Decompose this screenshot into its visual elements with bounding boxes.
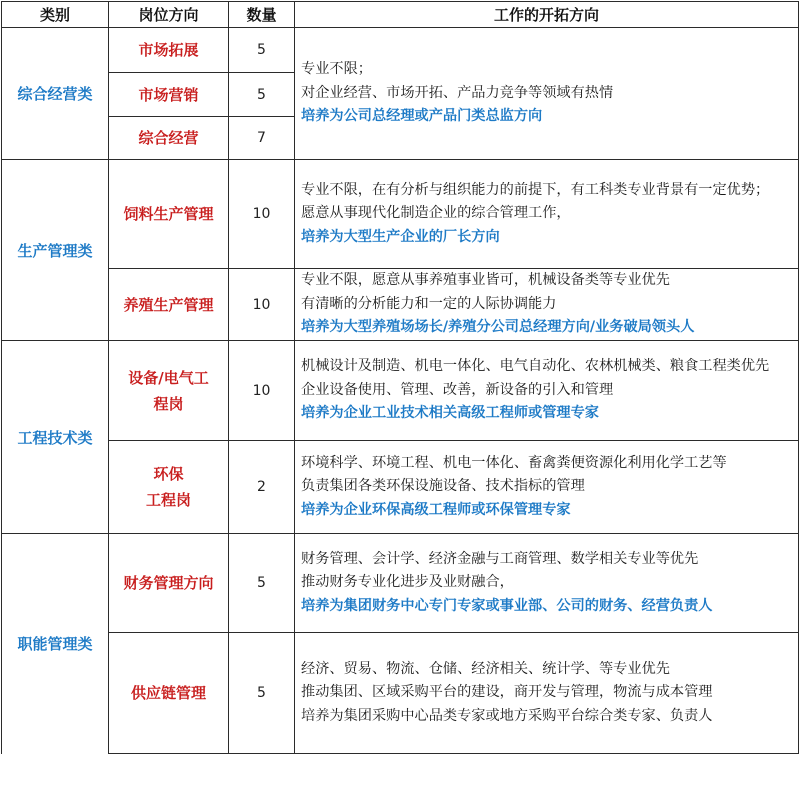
direction-line: 企业设备使用、管理、改善，新设备的引入和管理: [301, 379, 792, 403]
direction-line: 机械设计及制造、机电一体化、电气自动化、农林机械类、粮食工程类优先: [301, 355, 792, 379]
category-cell: 职能管理类: [2, 534, 109, 754]
position-cell: 供应链管理: [109, 633, 229, 754]
header-row: 类别 岗位方向 数量 工作的开拓方向: [2, 2, 799, 28]
header-quantity: 数量: [229, 2, 295, 28]
direction-highlight: 培养为集团财务中心专门专家或事业部、公司的财务、经营负责人: [301, 595, 792, 619]
direction-line: 推动集团、区域采购平台的建设，商开发与管理，物流与成本管理: [301, 681, 792, 705]
quantity-cell: 5: [229, 534, 295, 633]
position-cell: 综合经营: [109, 117, 229, 160]
table-row: 养殖生产管理 10 专业不限，愿意从事养殖事业皆可，机械设备类等专业优先 有清晰…: [2, 269, 799, 341]
table-row: 环保 工程岗 2 环境科学、环境工程、机电一体化、畜禽粪便资源化利用化学工艺等 …: [2, 441, 799, 534]
position-cell: 市场营销: [109, 73, 229, 117]
direction-cell: 机械设计及制造、机电一体化、电气自动化、农林机械类、粮食工程类优先 企业设备使用…: [295, 341, 799, 441]
direction-cell: 专业不限，在有分析与组织能力的前提下，有工科类专业背景有一定优势； 愿意从事现代…: [295, 160, 799, 269]
quantity-cell: 5: [229, 28, 295, 73]
direction-highlight: 培养为大型养殖场场长/养殖分公司总经理方向/业务破局领头人: [301, 316, 792, 340]
quantity-cell: 5: [229, 633, 295, 754]
category-cell: 工程技术类: [2, 341, 109, 534]
direction-highlight: 培养为大型生产企业的厂长方向: [301, 226, 792, 250]
recruitment-table: 类别 岗位方向 数量 工作的开拓方向 综合经营类 市场拓展 5 专业不限； 对企…: [1, 1, 799, 754]
table-row: 生产管理类 饲料生产管理 10 专业不限，在有分析与组织能力的前提下，有工科类专…: [2, 160, 799, 269]
table-row: 综合经营类 市场拓展 5 专业不限； 对企业经营、市场开拓、产品力竞争等领域有热…: [2, 28, 799, 73]
position-cell: 环保 工程岗: [109, 441, 229, 534]
table-row: 职能管理类 财务管理方向 5 财务管理、会计学、经济金融与工商管理、数学相关专业…: [2, 534, 799, 633]
quantity-cell: 5: [229, 73, 295, 117]
direction-line: 对企业经营、市场开拓、产品力竞争等领域有热情: [301, 82, 792, 106]
header-category: 类别: [2, 2, 109, 28]
table-row: 供应链管理 5 经济、贸易、物流、仓储、经济相关、统计学、等专业优先 推动集团、…: [2, 633, 799, 754]
direction-line: 培养为集团采购中心品类专家或地方采购平台综合类专家、负责人: [301, 705, 792, 729]
quantity-cell: 7: [229, 117, 295, 160]
position-cell: 财务管理方向: [109, 534, 229, 633]
quantity-cell: 10: [229, 341, 295, 441]
direction-cell: 专业不限； 对企业经营、市场开拓、产品力竞争等领域有热情 培养为公司总经理或产品…: [295, 28, 799, 160]
table-row: 工程技术类 设备/电气工 程岗 10 机械设计及制造、机电一体化、电气自动化、农…: [2, 341, 799, 441]
direction-line: 有清晰的分析能力和一定的人际协调能力: [301, 293, 792, 317]
quantity-cell: 10: [229, 160, 295, 269]
direction-line: 专业不限，愿意从事养殖事业皆可，机械设备类等专业优先: [301, 269, 792, 293]
direction-cell: 财务管理、会计学、经济金融与工商管理、数学相关专业等优先 推动财务专业化进步及业…: [295, 534, 799, 633]
position-line: 程岗: [109, 391, 228, 417]
category-cell: 生产管理类: [2, 160, 109, 341]
header-position: 岗位方向: [109, 2, 229, 28]
category-cell: 综合经营类: [2, 28, 109, 160]
position-cell: 设备/电气工 程岗: [109, 341, 229, 441]
direction-cell: 专业不限，愿意从事养殖事业皆可，机械设备类等专业优先 有清晰的分析能力和一定的人…: [295, 269, 799, 341]
direction-line: 财务管理、会计学、经济金融与工商管理、数学相关专业等优先: [301, 548, 792, 572]
direction-line: 环境科学、环境工程、机电一体化、畜禽粪便资源化利用化学工艺等: [301, 452, 792, 476]
quantity-cell: 2: [229, 441, 295, 534]
direction-cell: 经济、贸易、物流、仓储、经济相关、统计学、等专业优先 推动集团、区域采购平台的建…: [295, 633, 799, 754]
position-cell: 养殖生产管理: [109, 269, 229, 341]
position-cell: 饲料生产管理: [109, 160, 229, 269]
header-direction: 工作的开拓方向: [295, 2, 799, 28]
direction-line: 专业不限，在有分析与组织能力的前提下，有工科类专业背景有一定优势；: [301, 179, 792, 203]
direction-line: 负责集团各类环保设施设备、技术指标的管理: [301, 475, 792, 499]
direction-highlight: 培养为企业环保高级工程师或环保管理专家: [301, 499, 792, 523]
direction-line: 经济、贸易、物流、仓储、经济相关、统计学、等专业优先: [301, 658, 792, 682]
position-line: 工程岗: [109, 487, 228, 513]
direction-cell: 环境科学、环境工程、机电一体化、畜禽粪便资源化利用化学工艺等 负责集团各类环保设…: [295, 441, 799, 534]
direction-line: 专业不限；: [301, 58, 792, 82]
direction-line: 愿意从事现代化制造企业的综合管理工作，: [301, 202, 792, 226]
direction-highlight: 培养为企业工业技术相关高级工程师或管理专家: [301, 402, 792, 426]
position-line: 设备/电气工: [109, 365, 228, 391]
direction-highlight: 培养为公司总经理或产品门类总监方向: [301, 105, 792, 129]
quantity-cell: 10: [229, 269, 295, 341]
position-line: 环保: [109, 461, 228, 487]
direction-line: 推动财务专业化进步及业财融合，: [301, 571, 792, 595]
position-cell: 市场拓展: [109, 28, 229, 73]
